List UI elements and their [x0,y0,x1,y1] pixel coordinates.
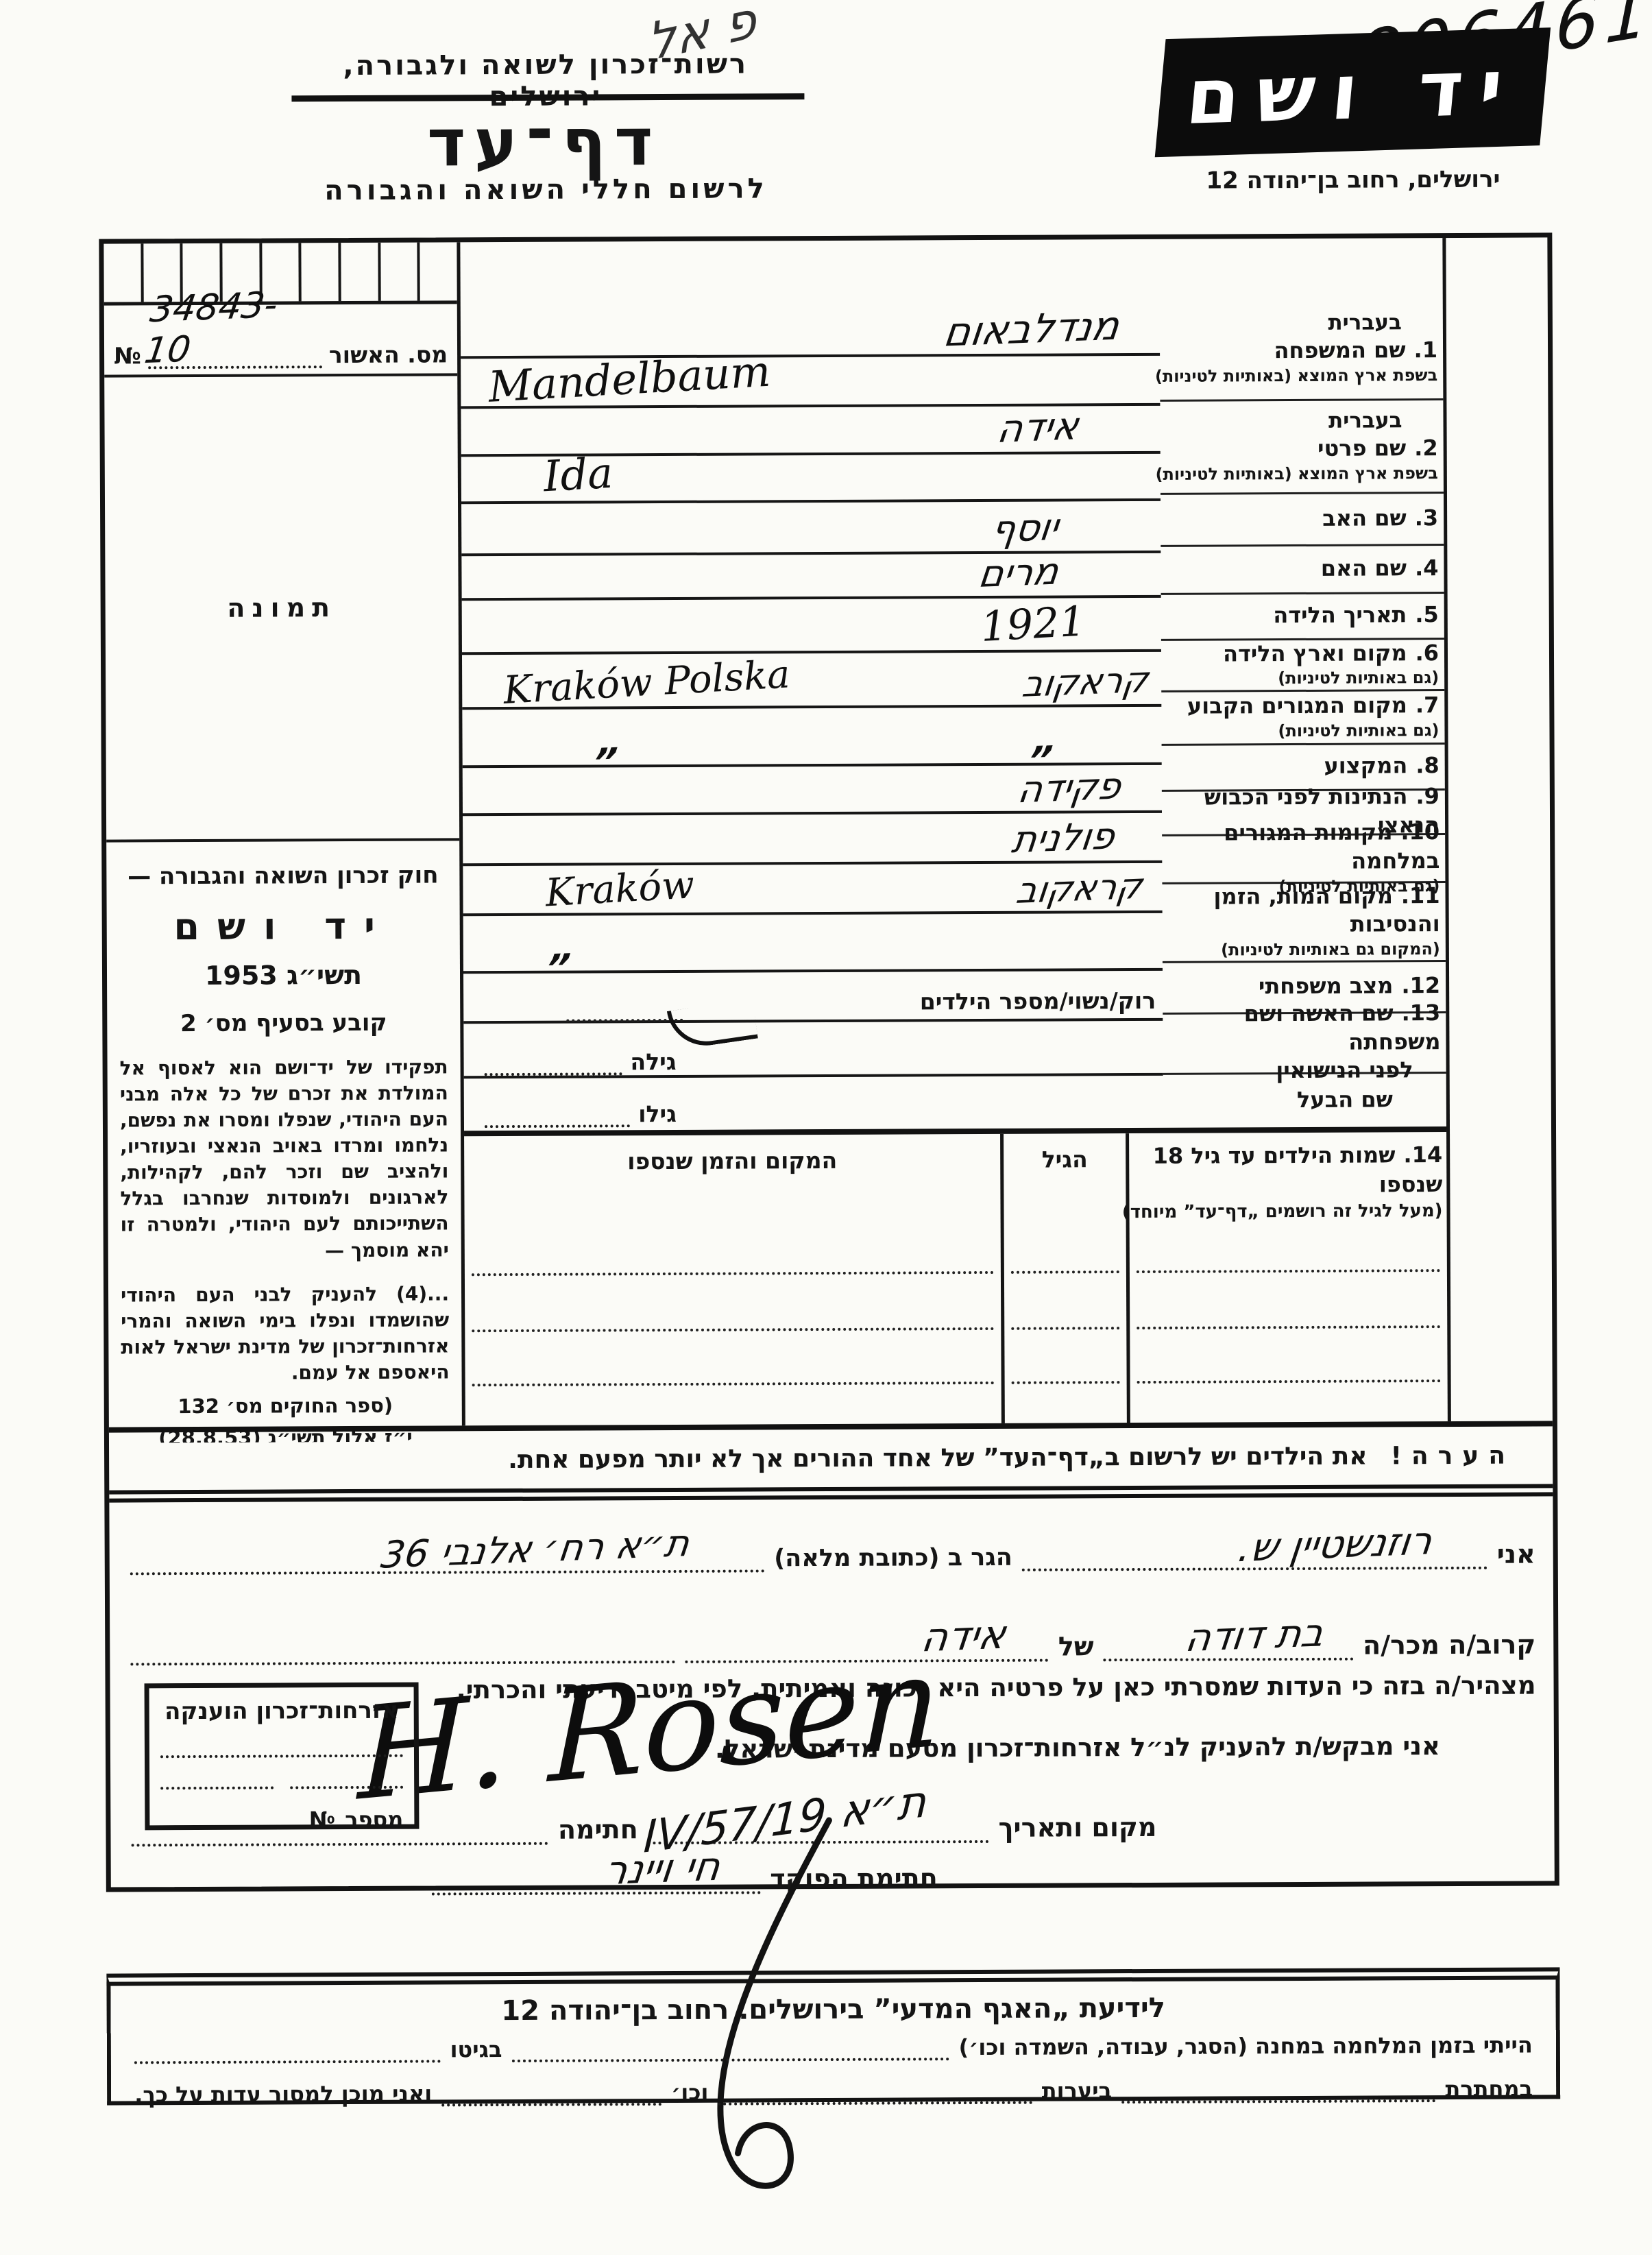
value-war-residence-hebrew: קראקוב [1014,866,1145,912]
of-label: של [1058,1631,1094,1661]
notice-text: את הילדים יש לרשום ב„דף־העד” של אחד ההור… [508,1442,1367,1473]
label-text: מצב משפחתי [1259,973,1394,1000]
table-row [1011,1329,1119,1384]
index-box-cell [104,243,141,302]
spacer [1167,1840,1537,1842]
label-text: שם המשפחה [1274,337,1405,364]
label-sub: בשפת ארץ המוצא (באותיות לטיניות) [1163,463,1438,485]
label-wife-name: .13שם האשה ושם משפחתה לפני הנישואין [1163,1013,1446,1075]
stamp-dotted-row [160,1785,403,1790]
approval-number-handwritten: 34843-10 [142,283,308,372]
label-death-place: .11מקום המות, הזמן והנסיבות (המקום גם בא… [1162,883,1445,963]
law-paragraph: תפקידו של יד־ושם הוא לאסוף אל המולדת את … [120,1054,449,1264]
label-sub: (גם באותיות לטיניות) [1164,667,1439,690]
field-family-name-hebrew: מנדלבאום [461,305,1160,359]
field-number: .1 [1414,336,1438,365]
marital-printed-options: רוק/נשוי/מספר הילדים [920,987,1156,1015]
dotted-line [485,1123,630,1128]
approval-label: מס. האשור [329,341,448,368]
index-box-cell [417,242,457,300]
age-her-label: גילה [630,1048,676,1075]
label-family-name: בעברית .1שם המשפחה בשפת ארץ המוצא (באותי… [1159,238,1443,402]
stamp-number-row: מספר № [160,1807,403,1834]
label-text: מקום המגורים הקבוע [1187,692,1407,719]
signature-label: חתימה [558,1814,638,1845]
value-first-name-hebrew: אידה [995,404,1082,452]
declarant-name-handwritten: רוזנשטיין ש. [1236,1519,1435,1571]
page-of-testimony-scan: פ אל 806461 רשות־זכרון לשואה ולגבורה, יר… [0,0,1652,2255]
table-row [1137,1221,1440,1273]
children-table: המקום והזמן שנספו הגיל .14שמות הילדים עד… [464,1126,1448,1425]
resides-label: הגר ב (כתובת מלאה) [774,1544,1012,1573]
field-husband-name: גילו [464,1073,1163,1128]
field-number: .2 [1414,434,1438,463]
stamp-no-sign: № [309,1807,336,1833]
table-rows [472,1223,995,1386]
field-family-name-latin: Mandelbaum [461,355,1160,409]
table-row [1011,1273,1119,1330]
law-citation: (ספר החוקים מס׳ 132 [121,1393,450,1418]
value-birth-place-hebrew: קראקוב [1019,660,1150,706]
label-text: שם פרטי [1317,435,1406,462]
forests-label: ביערות [1042,2077,1113,2103]
dotted-line [134,2058,441,2064]
camp-label: הייתי בזמן המלחמה במחנה (הסגר, עבודה, הש… [958,2032,1532,2061]
index-box-cell [338,243,378,301]
hebrew-tag: בעברית [1163,309,1402,337]
form-subtitle: לרשום חללי השואה והגבורה [291,173,801,206]
col-place-time: המקום והזמן שנספו [464,1134,1001,1425]
logo-text: יד ושם [1182,43,1522,142]
spacer [947,1890,1537,1893]
dotted-line: בת דודה [1104,1656,1354,1662]
law-section: קובע בסעיף מס׳ 2 [119,1009,448,1037]
value-mother-name: מרים [976,550,1061,596]
label-sub: בשפת ארץ המוצא (באותיות לטיניות) [1163,365,1437,387]
dotted-line [290,1785,403,1789]
label-text: מקום וארץ הלידה [1223,640,1407,666]
address-handwritten: ת״א רח׳ אלנבי 36 [378,1521,692,1577]
field-marital-status: רוק/נשוי/מספר הילדים [463,970,1163,1024]
etc-label: וכו׳ [671,2079,708,2106]
table-row [472,1330,994,1386]
dotted-line [132,1841,548,1847]
label-text: שם האם [1321,555,1407,581]
value-birth-place-latin: Kraków Polska [502,652,791,713]
value-citizenship: פולנית [1009,815,1117,862]
notice-band: הערה! את הילדים יש לרשום ב„דף־העד” של אח… [109,1421,1553,1502]
dotted-line [160,1785,274,1790]
table-row [1011,1222,1119,1274]
value-war-residence-latin: Kraków [544,863,696,915]
notice-tag: הערה! [1390,1441,1515,1470]
ditto-mark: „ [549,926,579,969]
table-rows [1137,1221,1441,1384]
field-birth-date: 1921 [462,601,1161,655]
approval-dotted-line: 34843-10 [148,364,322,369]
law-name: יד ושם [119,904,448,948]
field-number: .3 [1415,504,1439,533]
field-number: .14 [1403,1140,1442,1170]
field-number: .10 [1400,818,1440,847]
field-number: .13 [1402,999,1441,1028]
ready-to-testify-label: ואני מוכן למסור עדות על כך. [134,2081,432,2108]
underground-label: במחתרת [1445,2076,1533,2103]
field-number: .11 [1401,882,1440,911]
declarant-row: אני רוזנשטיין ש. הגר ב (כתובת מלאה) ת״א … [130,1506,1535,1575]
col-place-header: המקום והזמן שנספו [464,1146,1000,1175]
field-birth-place: Kraków Polska קראקוב [462,656,1161,710]
place-date-label: מקום ותאריך [998,1812,1156,1843]
field-first-name-hebrew: אידה [461,403,1160,457]
value-father-name: יוסף [988,505,1061,551]
col-age: הגיל [1000,1133,1130,1423]
photo-area: תמונה [104,376,459,842]
underground-row: במחתרת ביערות וכו׳ ואני מוכן למסור עדות … [134,2076,1533,2108]
field-citizenship: פולנית [463,812,1162,866]
field-number: .12 [1401,972,1440,1000]
value-profession: פקידה [1015,764,1123,812]
age-his-label: גילו [638,1100,677,1127]
field-war-residences: Kraków קראקוב [463,863,1162,916]
table-row [1137,1272,1440,1329]
scientific-branch-box: לידיעת „האגף המדעי” בירושלים. רחוב בן־יה… [106,1967,1560,2105]
dotted-line [441,2101,661,2106]
col-age-header: הגיל [1004,1146,1126,1173]
children-field-label: .14שמות הילדים עד גיל 18 שנספו (מעל לגיל… [1129,1132,1447,1225]
field-permanent-residence: „ „ [462,714,1161,768]
approval-no-sign: № [114,342,141,369]
table-row [1137,1328,1440,1384]
stamp-title: אזרחות־זכרון הוענקה [160,1697,403,1726]
label-sub: (גם באותיות לטיניות) [1164,720,1439,743]
col-children-names: .14שמות הילדים עד גיל 18 שנספו (מעל לגיל… [1129,1132,1448,1423]
stamp-number-label: מספר [345,1807,403,1833]
label-text: שם האב [1322,505,1407,531]
hebrew-tag: בעברית [1163,407,1402,435]
field-death-place: „ [463,920,1163,974]
dotted-line [1121,2098,1435,2103]
law-excerpt: חוק זכרון השואה והגבורה — יד ושם תשי״ג 1… [106,841,462,1443]
index-box-cell [378,243,417,301]
relative-label: קרוב/ה מכר/ה [1363,1629,1535,1660]
label-permanent-residence: .7מקום המגורים הקבוע (גם באותיות לטיניות… [1161,691,1444,746]
value-first-name-latin: Ida [542,448,614,502]
label-war-residences: .10מקומות המגורים במלחמה (גם באותיות לטי… [1162,835,1445,884]
value-family-name-hebrew: מנדלבאום [941,302,1123,356]
i-label: אני [1497,1539,1535,1569]
field-labels-column: בעברית .1שם המשפחה בשפת ארץ המוצא (באותי… [1159,238,1446,1128]
table-rows [1011,1222,1120,1384]
logo-address: ירושלים, רחוב בן־יהודה 12 [1134,165,1572,195]
field-mother-name: מרים [461,547,1161,601]
photo-label: תמונה [227,592,337,623]
dotted-line [160,1754,403,1759]
field-profession: פקידה [463,762,1162,816]
citizenship-stamp-box: אזרחות־זכרון הוענקה מספר № [145,1683,420,1831]
camp-row: הייתי בזמן המלחמה במחנה (הסגר, עבודה, הש… [134,2032,1533,2064]
table-row [472,1223,994,1276]
field-number: .5 [1415,601,1439,629]
label-text: המקצוע [1324,752,1407,779]
field-number: .8 [1416,751,1440,780]
scientific-branch-info: לידיעת „האגף המדעי” בירושלים. רחוב בן־יה… [134,1991,1533,2029]
label-text: שמות הילדים עד גיל 18 שנספו [1153,1142,1443,1197]
law-heading: חוק זכרון השואה והגבורה — [119,861,447,890]
ditto-mark: „ [1032,718,1062,762]
label-text: תאריך הלידה [1273,601,1407,628]
field-wife-name: גילה [463,1025,1163,1078]
field-number: .6 [1415,639,1439,668]
field-number: .4 [1415,554,1439,583]
field-number: .7 [1416,691,1440,720]
label-first-name: בעברית .2שם פרטי בשפת ארץ המוצא (באותיות… [1160,400,1444,495]
yad-vashem-logo-stamp: יד ושם [1155,27,1551,157]
field-number: .9 [1416,782,1440,811]
left-column: מס. האשור 34843-10 № תמונה חוק זכרון השו… [104,242,465,1427]
dotted-line: ת״א רח׳ אלנבי 36 [130,1568,765,1575]
dotted-line [566,1017,683,1022]
label-sub: (המקום גם באותיות לטיניות) [1165,939,1440,961]
ghetto-label: בגיטו [450,2036,502,2062]
label-sub: לפני הנישואין [1166,1057,1413,1086]
dotted-line [512,2056,949,2062]
label-birth-place: .6מקום וארץ הלידה (גם באותיות לטיניות) [1161,640,1444,692]
dotted-line: רוזנשטיין ש. [1022,1565,1487,1571]
form-main-box: מס. האשור 34843-10 № תמונה חוק זכרון השו… [99,232,1559,1892]
law-paragraph: ...(4) להעניק לבני העם היהודי שהושמדו ונ… [121,1281,450,1386]
label-mother-name: .4שם האם [1161,546,1444,595]
label-text: שם הבעל [1166,1085,1393,1115]
spacer [132,1896,422,1897]
table-row [472,1274,994,1332]
value-birth-date: 1921 [980,597,1086,651]
label-father-name: .3שם האב [1161,494,1444,547]
dotted-line [718,2100,1032,2106]
field-first-name-latin: Ida [461,450,1161,504]
label-birth-date: .5תאריך הלידה [1161,594,1444,641]
form-title: דף־עד [365,104,722,182]
scan-content: פ אל 806461 רשות־זכרון לשואה ולגבורה, יר… [0,0,1652,2255]
law-year: תשי״ג 1953 [119,959,448,991]
approval-number-row: מס. האשור 34843-10 № [104,304,457,377]
relation-handwritten: בת דודה [1182,1611,1326,1661]
ditto-mark: „ [596,720,627,764]
